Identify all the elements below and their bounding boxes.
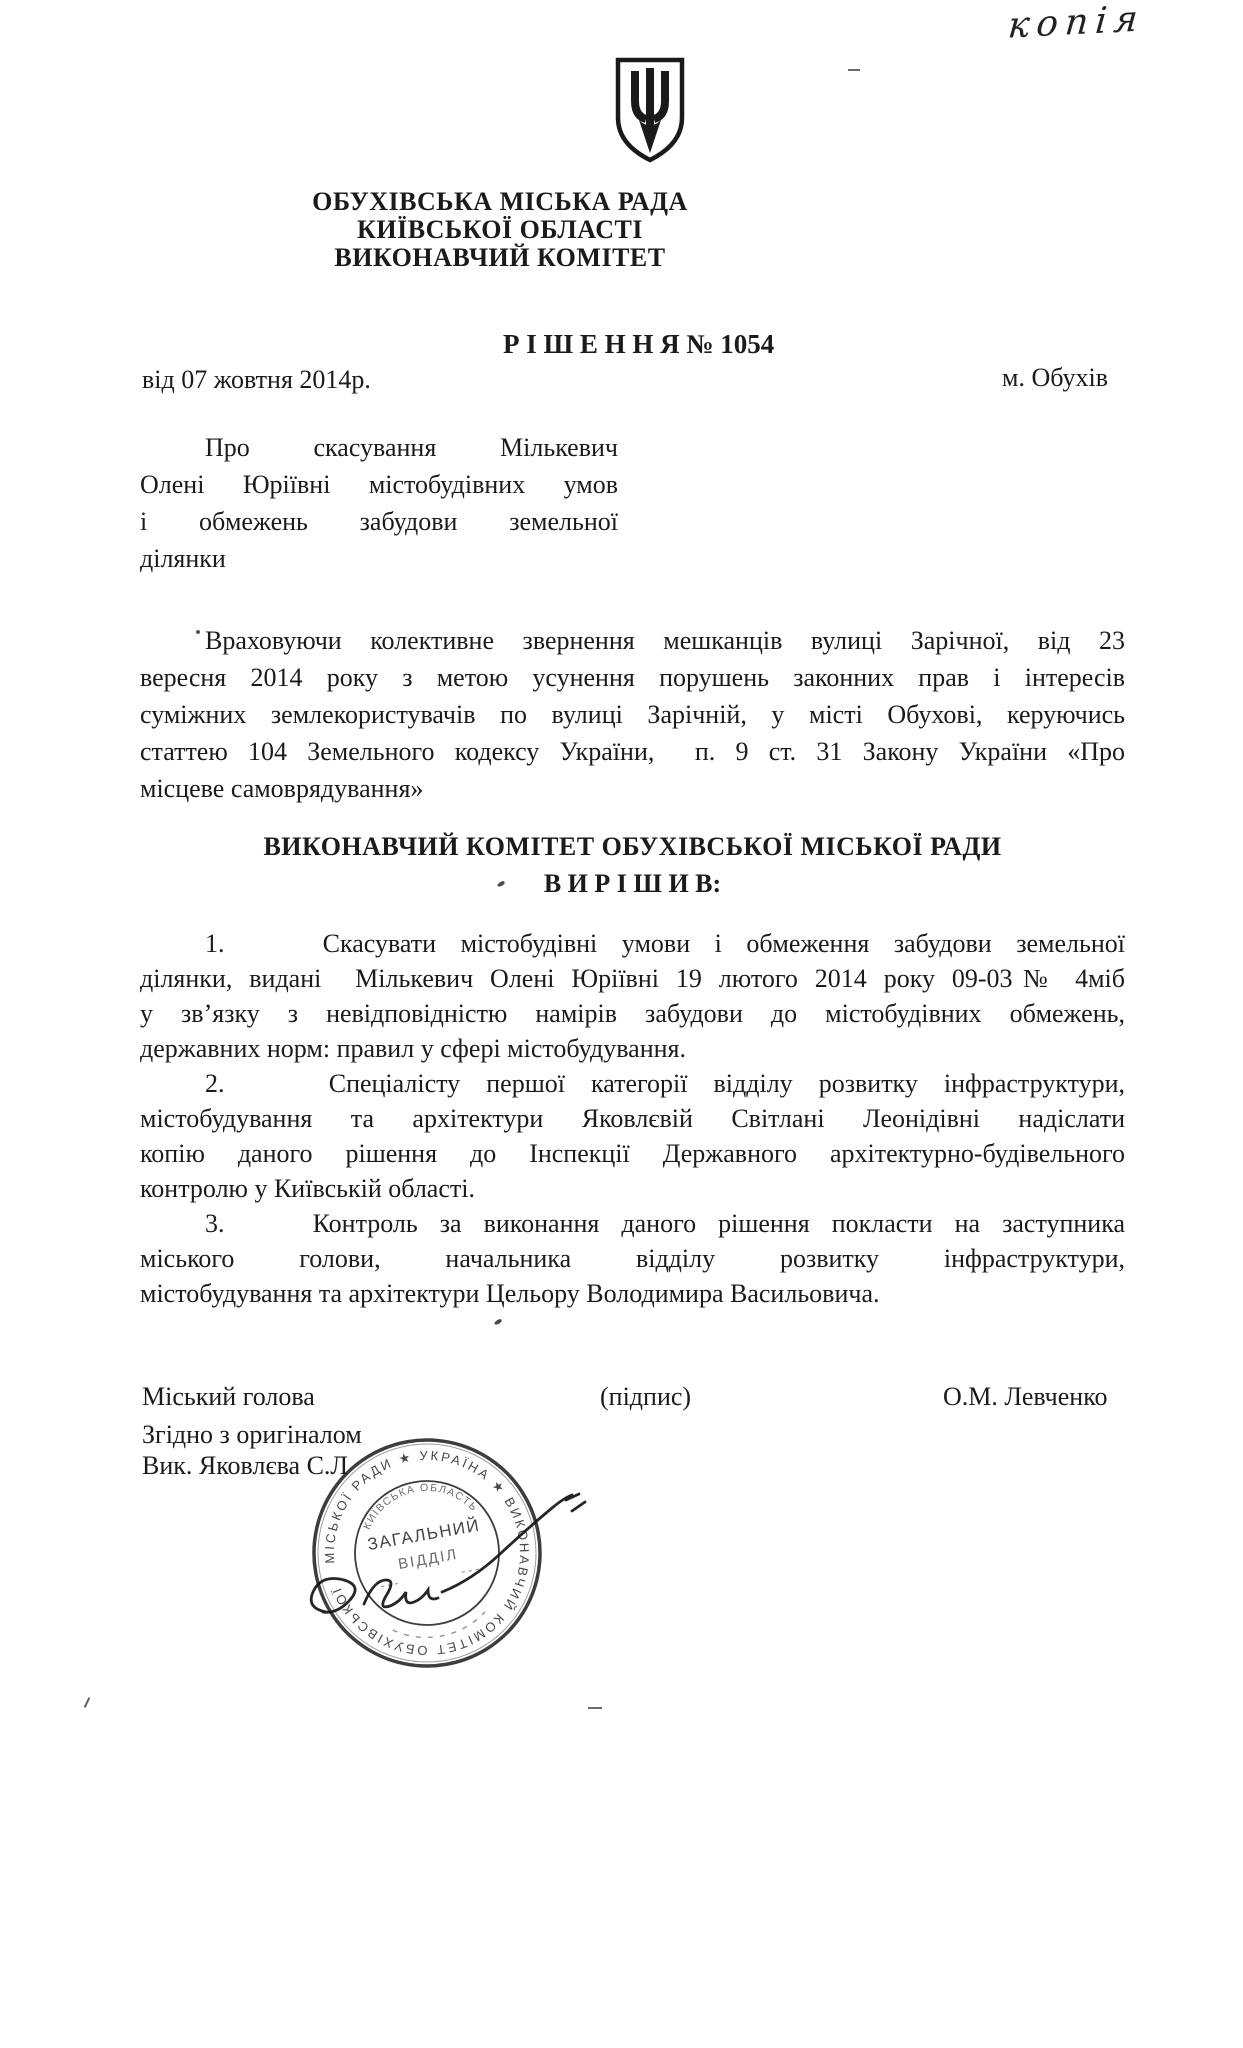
signature-placeholder: (підпис) — [600, 1382, 691, 1412]
decision-subject: Про скасування МількевичОлені Юріївні мі… — [140, 429, 618, 577]
tryzub-coat-of-arms-icon — [610, 56, 690, 171]
text-line: і обмежень забудови земельної — [140, 503, 618, 540]
text-line: державних норм: правил у сфері містобуду… — [140, 1031, 1125, 1066]
decision-item-3: 3. Контроль за виконання даного рішення … — [140, 1206, 1125, 1311]
ink-mark-bottom-dash — [588, 1707, 602, 1709]
mayor-name: О.М. Левченко — [943, 1382, 1108, 1412]
ink-mark-top-dash — [848, 69, 860, 71]
text-line: вересня 2014 року з метою усунення поруш… — [140, 659, 1125, 696]
text-line: у зв’язку з невідповідністю намірів забу… — [140, 996, 1125, 1031]
text-line: міського голови, начальника відділу розв… — [140, 1241, 1125, 1276]
stamp-center-line1: ЗАГАЛЬНИЙ — [366, 1516, 481, 1554]
decision-place: м. Обухів — [1002, 363, 1108, 393]
text-line: 2. Спеціалісту першої категорії відділу … — [140, 1066, 1125, 1101]
official-round-stamp: МІСЬКОЇ РАДИ ★ УКРАЇНА ★ ВИКОНАВЧИЙ КОМІ… — [280, 1428, 620, 1723]
mayor-role-label: Міський голова — [142, 1382, 315, 1412]
decision-date: від 07 жовтня 2014р. — [142, 365, 371, 395]
text-line: контролю у Київській області. — [140, 1171, 1125, 1206]
resolve-org-heading: ВИКОНАВЧИЙ КОМІТЕТ ОБУХІВСЬКОЇ МІСЬКОЇ Р… — [140, 832, 1125, 862]
text-line: копію даного рішення до Інспекції Держав… — [140, 1136, 1125, 1171]
scanned-decision-document: копія ОБУХІВСЬКА МІСЬКА РАДА КИЇВСЬКОЇ О… — [0, 0, 1243, 2048]
stamp-center-line2: ВІДДІЛ — [397, 1546, 460, 1573]
org-name-line1: ОБУХІВСЬКА МІСЬКА РАДА — [300, 188, 700, 216]
text-line: 1. Скасувати містобудівні умови і обмеже… — [140, 926, 1125, 961]
resolve-verb: В И Р І Ш И В: — [140, 869, 1125, 899]
text-line: статтею 104 Земельного кодексу України, … — [140, 733, 1125, 770]
preamble-paragraph: Враховуючи колективне звернення мешканці… — [140, 622, 1125, 807]
org-name-line3: ВИКОНАВЧИЙ КОМІТЕТ — [300, 244, 700, 272]
ink-mark-tick-small — [494, 1318, 503, 1325]
text-line: місцеве самоврядування» — [140, 770, 1125, 807]
letterhead: ОБУХІВСЬКА МІСЬКА РАДА КИЇВСЬКОЇ ОБЛАСТІ… — [300, 188, 700, 272]
org-name-line2: КИЇВСЬКОЇ ОБЛАСТІ — [300, 216, 700, 244]
text-line: Олені Юріївні містобудівних умов — [140, 466, 618, 503]
text-line: Враховуючи колективне звернення мешканці… — [140, 622, 1125, 659]
decision-items: 1. Скасувати містобудівні умови і обмеже… — [140, 926, 1125, 1311]
text-line: суміжних землекористувачів по вулиці Зар… — [140, 696, 1125, 733]
text-line: 3. Контроль за виконання даного рішення … — [140, 1206, 1125, 1241]
text-line: ділянки — [140, 540, 618, 577]
decision-item-2: 2. Спеціалісту першої категорії відділу … — [140, 1066, 1125, 1206]
text-line: містобудування та архітектури Цельору Во… — [140, 1276, 1125, 1311]
text-line: містобудування та архітектури Яковлєвій … — [140, 1101, 1125, 1136]
text-line: ділянки, видані Мількевич Олені Юріївні … — [140, 961, 1125, 996]
ink-mark-bottom-tick — [84, 1697, 91, 1708]
decision-item-1: 1. Скасувати містобудівні умови і обмеже… — [140, 926, 1125, 1066]
handwritten-copy-note: копія — [1006, 0, 1146, 47]
text-line: Про скасування Мількевич — [140, 429, 618, 466]
decision-title: Р І Ш Е Н Н Я № 1054 — [503, 329, 774, 360]
